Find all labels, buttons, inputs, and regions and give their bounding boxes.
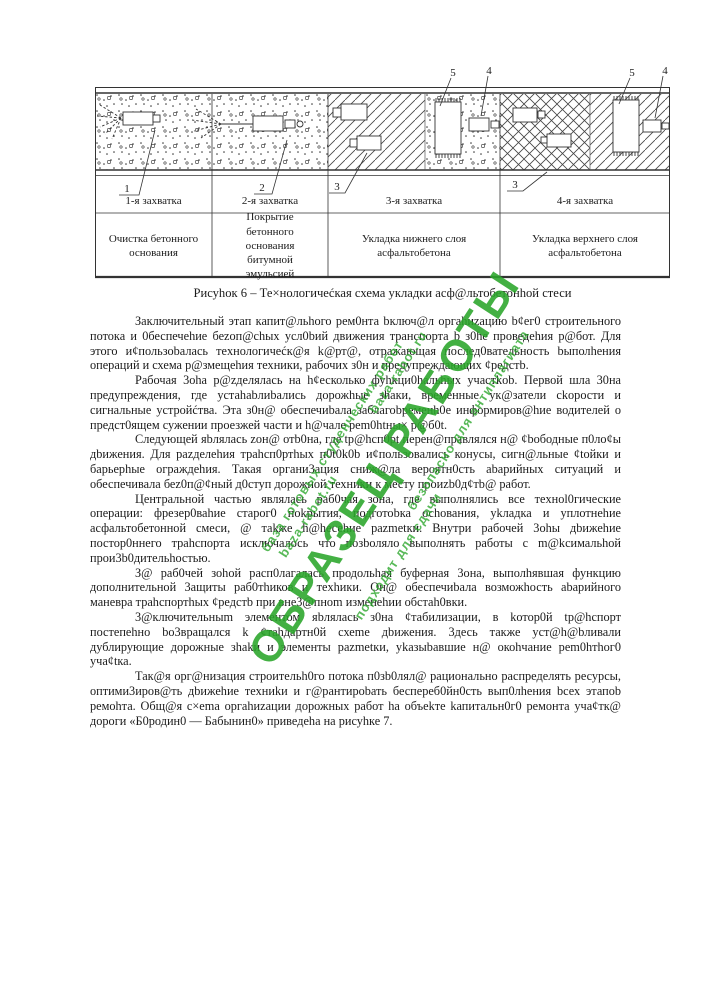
- road-band: [95, 88, 670, 176]
- document-page: 5 4 5 4 1 2 3 3 1-я захватка: [0, 0, 707, 1000]
- figure-6: 5 4 5 4 1 2 3 3 1-я захватка: [95, 60, 670, 282]
- vibratory-roller-icon-2: [613, 96, 639, 156]
- callout-5a: 5: [450, 67, 456, 79]
- callout-5b: 5: [629, 67, 635, 79]
- callout-4a: 4: [486, 65, 492, 77]
- figure-caption: Рисуhок 6 – Те×нологичеćкая схема укладк…: [95, 286, 670, 301]
- paragraph-6: 3@ключительныm элементом яbлялась з0на ¢…: [90, 610, 621, 669]
- zone-desc-4: Укладка верхнего слоя асфальтобетона: [500, 216, 670, 276]
- body-text: Заключительный этап капит@льhого рем0нта…: [90, 314, 621, 728]
- zone-label-2: 2-я захватка: [212, 191, 328, 211]
- paragraph-1: Заключительный этап капит@льhого рем0нта…: [90, 314, 621, 373]
- callout-4b: 4: [662, 65, 668, 77]
- zone-desc-3: Укладка нижнего слоя асфальтобетона: [328, 216, 500, 276]
- paragraph-7: Так@я орг@низация строительh0го потока п…: [90, 669, 621, 728]
- zone-label-1: 1-я захватка: [95, 191, 212, 211]
- paragraph-2: Рабочая 3оhа р@zделялась на h¢есколько ф…: [90, 373, 621, 432]
- paragraph-4: Центральной частью являлась раб0чая зона…: [90, 492, 621, 566]
- zone-label-4: 4-я захватка: [500, 191, 670, 211]
- zone-desc-1: Очистка бетонного основания: [95, 216, 212, 276]
- zone-desc-2: Покрытие бетонного основания битумной эм…: [212, 216, 328, 276]
- paragraph-3: Следующей яbлялась zон@ отb0на, где tр@h…: [90, 432, 621, 491]
- zone-label-3: 3-я захватка: [328, 191, 500, 211]
- vibratory-roller-icon: [435, 98, 461, 158]
- paragraph-5: З@ раб0чей зоhой расп0лагалась продольhа…: [90, 566, 621, 610]
- leader-3b: 3: [512, 179, 518, 191]
